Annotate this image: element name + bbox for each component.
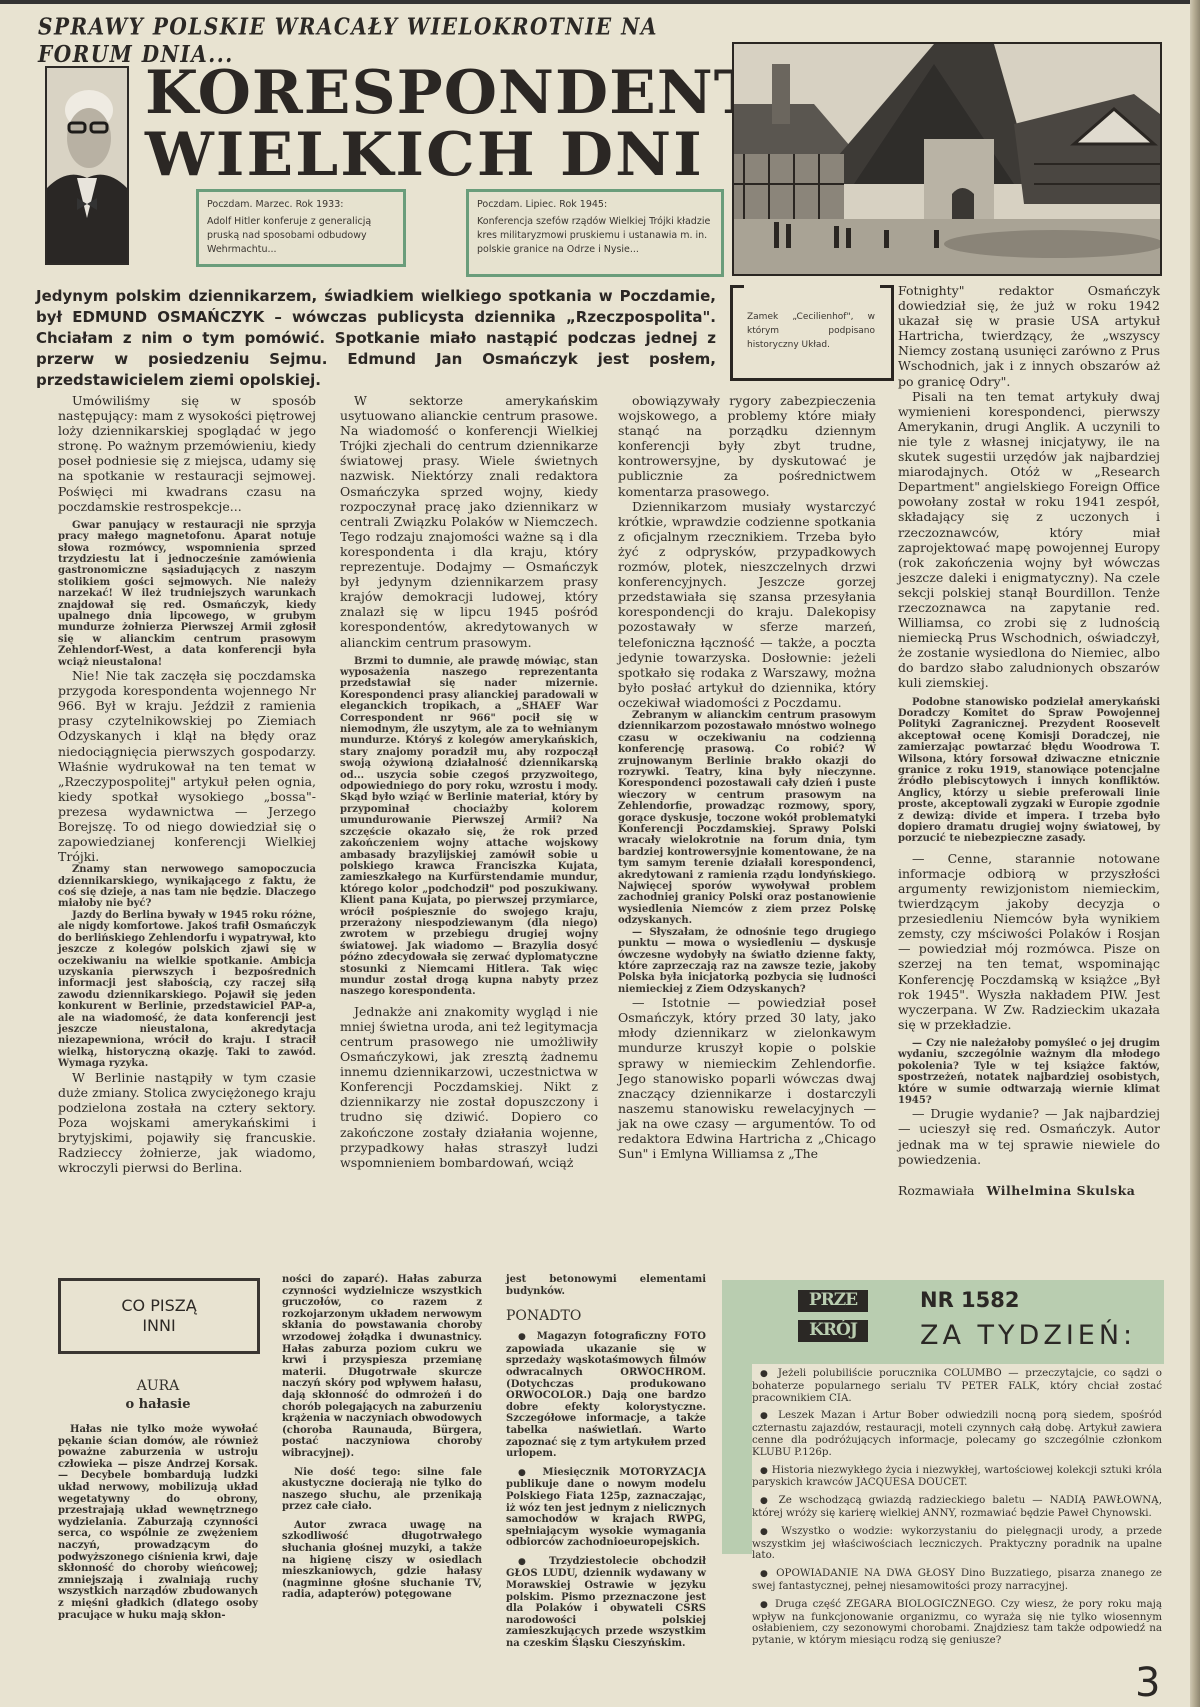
section-title: CO PISZĄ INNI <box>109 1296 209 1336</box>
paragraph: Nie! Nie tak zaczęła się poczdamska przy… <box>58 668 316 864</box>
paragraph: ności do zaparć). Hałas zaburza czynnośc… <box>282 1274 482 1460</box>
box-title: Poczdam. Lipiec. Rok 1945: <box>477 198 713 212</box>
item-text: Historia niezwykłego życia i niezwykłej,… <box>752 1464 1162 1489</box>
main-headline: KORESPONDENT WIELKICH DNI <box>145 62 726 186</box>
bullet-icon: ● <box>518 1468 532 1478</box>
paragraph: Autor zwraca uwagę na szkodliwość długot… <box>282 1520 482 1601</box>
box-title: Poczdam. Marzec. Rok 1933: <box>207 198 395 212</box>
page-number: 3 <box>1135 1660 1160 1706</box>
bullet-icon: ● <box>760 1411 771 1421</box>
source-name: AURA <box>58 1376 258 1396</box>
page-edge <box>1190 0 1200 1707</box>
ponadto-item: ● Trzydziestolecie obchodził GŁOS LUDU, … <box>506 1556 706 1650</box>
paragraph: Jednakże ani znakomity wygląd i nie mnie… <box>340 1004 598 1170</box>
bullet-icon: ● <box>518 1557 536 1567</box>
headline-line-1: KORESPONDENT <box>145 58 760 128</box>
box-text: Adolf Hitler konferuje z generalicją pru… <box>207 215 395 257</box>
paragraph: Umówiliśmy się w sposób następujący: mam… <box>58 393 316 514</box>
byline-author: Wilhelmina Skulska <box>986 1183 1135 1198</box>
item-text: Trzydziestolecie obchodził GŁOS LUDU, dz… <box>506 1556 706 1649</box>
item-text: Miesięcznik MOTORYZACJA publikuje dane o… <box>506 1467 706 1549</box>
next-issue-item: ● Historia niezwykłego życia i niezwykłe… <box>752 1465 1162 1490</box>
timeline-box-1933: Poczdam. Marzec. Rok 1933: Adolf Hitler … <box>196 189 406 267</box>
article-lead: Jedynym polskim dziennikarzem, świadkiem… <box>36 286 716 391</box>
headline-line-2: WIELKICH DNI <box>145 124 726 186</box>
press-review-column-3: jest betonowymi elementami budynków. PON… <box>506 1274 706 1650</box>
ponadto-item: ● Magazyn fotograficzny FOTO zapowiada u… <box>506 1331 706 1460</box>
paragraph: obowiązywały rygory zabezpieczenia wojsk… <box>618 393 876 499</box>
paragraph: — Drugie wydanie? — Jak najbardziej — uc… <box>898 1106 1160 1166</box>
ponadto-item: ● Miesięcznik MOTORYZACJA publikuje dane… <box>506 1467 706 1549</box>
article-column-2: W sektorze amerykańskim usytuowano alian… <box>340 393 598 1170</box>
bullet-icon: ● <box>760 1496 772 1506</box>
article-column-4: Fotnighty" redaktor Osmańczyk dowiedział… <box>898 283 1160 1198</box>
item-text: Druga część ZEGARA BIOLOGICZNEGO. Czy wi… <box>752 1598 1162 1646</box>
item-text: Jeżeli polubiliście porucznika COLUMBO —… <box>752 1367 1162 1404</box>
logo-line-1: PRZE <box>798 1290 868 1312</box>
source-subtitle: o hałasie <box>58 1396 258 1414</box>
press-review-column-2: ności do zaparć). Hałas zaburza czynnośc… <box>282 1274 482 1601</box>
przekroj-logo: PRZE KRÓJ <box>798 1290 868 1350</box>
portrait-image-icon <box>47 68 127 263</box>
next-issue-list: ● Jeżeli polubiliście porucznika COLUMBO… <box>752 1368 1162 1653</box>
box-text: Konferencja szefów rządów Wielkiej Trójk… <box>477 215 713 257</box>
bullet-icon: ● <box>760 1569 770 1579</box>
photo-caption: Zamek „Cecilienhof", w którym podpisano … <box>747 310 875 352</box>
paragraph-small: Brzmi to dumnie, ale prawdę mówiąc, stan… <box>340 656 598 998</box>
next-issue-item: ● Druga część ZEGARA BIOLOGICZNEGO. Czy … <box>752 1599 1162 1647</box>
byline: Rozmawiała Wilhelmina Skulska <box>898 1183 1160 1198</box>
next-issue-item: ● Ze wschodzącą gwiazdą radzieckiego bal… <box>752 1495 1162 1520</box>
item-text: Ze wschodzącą gwiazdą radzieckiego balet… <box>752 1494 1162 1519</box>
item-text: Magazyn fotograficzny FOTO zapowiada uka… <box>506 1331 706 1459</box>
paragraph-small: Znamy stan nerwowego samopoczucia dzienn… <box>58 864 316 910</box>
bullet-icon: ● <box>760 1369 771 1379</box>
top-edge <box>0 0 1200 4</box>
photo-caption-box: Zamek „Cecilienhof", w którym podpisano … <box>730 288 894 381</box>
building-image-icon <box>734 44 1160 274</box>
bullet-icon: ● <box>760 1466 768 1476</box>
article-column-3: obowiązywały rygory zabezpieczenia wojsk… <box>618 393 876 1161</box>
paragraph-small: Zebranym w alianckim centrum prasowym dz… <box>618 710 876 927</box>
paragraph: jest betonowymi elementami budynków. <box>506 1274 706 1297</box>
paragraph: Nie dość tego: silne fale akustyczne doc… <box>282 1467 482 1513</box>
ponadto-heading: PONADTO <box>506 1307 706 1325</box>
paragraph: W sektorze amerykańskim usytuowano alian… <box>340 393 598 650</box>
section-box-co-pisza-inni: CO PISZĄ INNI <box>58 1278 260 1354</box>
paragraph: Fotnighty" redaktor Osmańczyk dowiedział… <box>898 283 1160 389</box>
bullet-icon: ● <box>518 1332 530 1342</box>
next-issue-item: ● Wszystko o wodzie: wykorzystaniu do pi… <box>752 1526 1162 1562</box>
paragraph: Dziennikarzom musiały wystarczyć krótkie… <box>618 499 876 710</box>
next-issue-item: ● Leszek Mazan i Artur Bober odwiedzili … <box>752 1410 1162 1458</box>
next-issue-item: ● OPOWIADANIE NA DWA GŁOSY Dino Buzzatie… <box>752 1568 1162 1593</box>
paragraph-small: Podobne stanowisko podzielał amerykański… <box>898 697 1160 845</box>
paragraph: Pisali na ten temat artykuły dwaj wymien… <box>898 389 1160 691</box>
paragraph-small: — Czy nie należałoby pomyśleć o jej drug… <box>898 1038 1160 1106</box>
next-issue-heading: ZA TYDZIEŃ: <box>920 1320 1136 1351</box>
item-text: Leszek Mazan i Artur Bober odwiedzili no… <box>752 1409 1162 1457</box>
paragraph-small: — Słyszałam, że odnośnie tego drugiego p… <box>618 927 876 995</box>
next-issue-banner: PRZE KRÓJ NR 1582 ZA TYDZIEŃ: <box>722 1280 1164 1364</box>
paragraph: W Berlinie nastąpiły w tym czasie duże z… <box>58 1070 316 1176</box>
paragraph-small: Gwar panujący w restauracji nie sprzyja … <box>58 520 316 668</box>
article-column-1: Umówiliśmy się w sposób następujący: mam… <box>58 393 316 1175</box>
item-text: OPOWIADANIE NA DWA GŁOSY Dino Buzzatiego… <box>752 1567 1162 1592</box>
magazine-page: SPRAWY POLSKIE WRACAŁY WIELOKROTNIE NA F… <box>0 0 1200 1707</box>
paragraph-small: Jazdy do Berlina bywały w 1945 roku różn… <box>58 910 316 1070</box>
timeline-box-1945: Poczdam. Lipiec. Rok 1945: Konferencja s… <box>466 189 724 277</box>
paragraph: Hałas nie tylko może wywołać pękanie ści… <box>58 1424 258 1621</box>
issue-number: NR 1582 <box>920 1288 1020 1312</box>
item-text: Wszystko o wodzie: wykorzystaniu do piel… <box>752 1525 1162 1562</box>
logo-line-2: KRÓJ <box>798 1320 868 1342</box>
next-issue-item: ● Jeżeli polubiliście porucznika COLUMBO… <box>752 1368 1162 1404</box>
paragraph: — Istotnie — powiedział poseł Osmańczyk,… <box>618 995 876 1161</box>
cecilienhof-photo <box>732 42 1162 276</box>
banner-side-strip <box>722 1364 752 1554</box>
portrait-photo <box>45 66 129 265</box>
paragraph: — Cenne, starannie notowane informacje o… <box>898 851 1160 1032</box>
bullet-icon: ● <box>760 1600 770 1610</box>
byline-label: Rozmawiała <box>898 1183 974 1198</box>
bullet-icon: ● <box>760 1527 773 1537</box>
press-review-column-1: AURA o hałasie Hałas nie tylko może wywo… <box>58 1370 258 1621</box>
